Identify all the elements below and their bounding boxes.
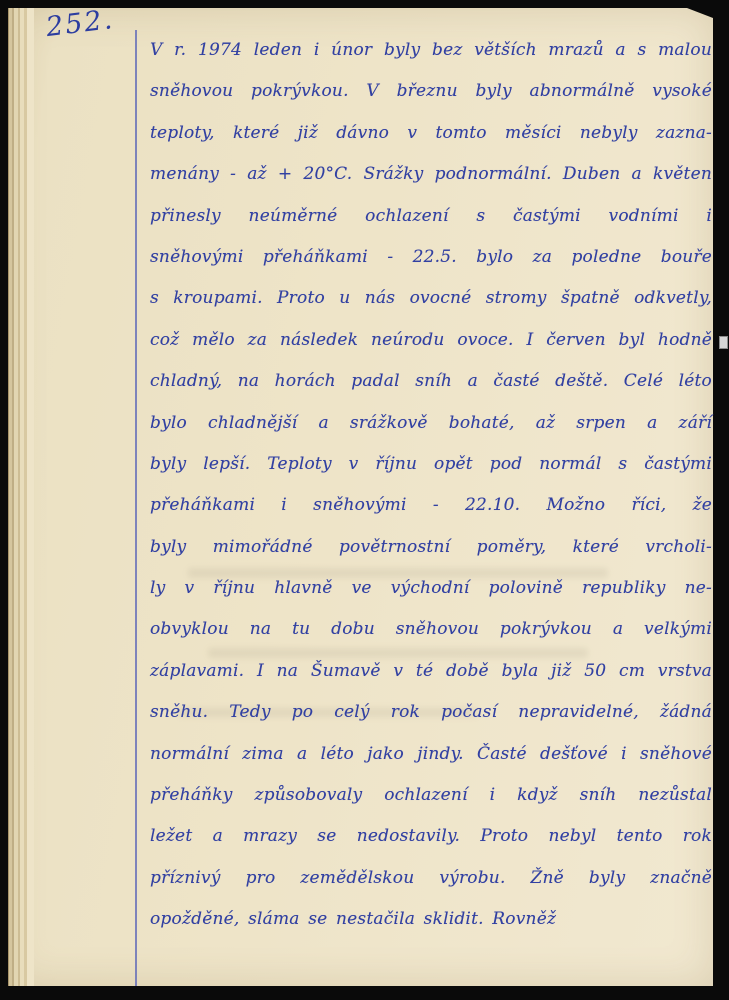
book-page-edges xyxy=(8,8,34,986)
page-number: 252. xyxy=(44,4,115,43)
manuscript-line: příznivý pro zemědělskou výrobu. Žně byl… xyxy=(150,858,712,899)
manuscript-line: opožděné, sláma se nestačila sklidit. Ro… xyxy=(150,899,712,940)
manuscript-line: sněhovými přeháňkami - 22.5. bylo za pol… xyxy=(150,237,712,278)
manuscript-line: přinesly neúměrné ochlazení s častými vo… xyxy=(150,196,712,237)
manuscript-line: což mělo za následek neúrodu ovoce. I če… xyxy=(150,320,712,361)
manuscript-line: teploty, které již dávno v tomto měsíci … xyxy=(150,113,712,154)
scan-border: 252. V r. 1974 leden i únor byly bez vět… xyxy=(0,0,729,1000)
handwritten-text-block: V r. 1974 leden i únor byly bez větších … xyxy=(150,30,712,941)
ruled-margin-line xyxy=(135,30,137,986)
manuscript-line: chladný, na horách padal sníh a časté de… xyxy=(150,361,712,402)
page-corner-shadow xyxy=(687,8,713,18)
scan-edge-artifact xyxy=(719,336,728,349)
manuscript-line: sněhu. Tedy po celý rok počasí nepravide… xyxy=(150,692,712,733)
manuscript-line: přeháňky způsobovaly ochlazení i když sn… xyxy=(150,775,712,816)
manuscript-line: bylo chladnější a srážkově bohaté, až sr… xyxy=(150,403,712,444)
manuscript-line: záplavami. I na Šumavě v té době byla ji… xyxy=(150,651,712,692)
manuscript-line: V r. 1974 leden i únor byly bez větších … xyxy=(150,30,712,71)
manuscript-line: byly lepší. Teploty v říjnu opět pod nor… xyxy=(150,444,712,485)
manuscript-line: obvyklou na tu dobu sněhovou pokrývkou a… xyxy=(150,609,712,650)
manuscript-line: byly mimořádné povětrnostní poměry, kter… xyxy=(150,527,712,568)
manuscript-line: menány - až + 20°C. Srážky podnormální. … xyxy=(150,154,712,195)
manuscript-line: s kroupami. Proto u nás ovocné stromy šp… xyxy=(150,278,712,319)
manuscript-line: normální zima a léto jako jindy. Časté d… xyxy=(150,734,712,775)
manuscript-line: sněhovou pokrývkou. V březnu byly abnorm… xyxy=(150,71,712,112)
manuscript-line: ly v říjnu hlavně ve východní polovině r… xyxy=(150,568,712,609)
manuscript-line: ležet a mrazy se nedostavily. Proto neby… xyxy=(150,816,712,857)
manuscript-line: přeháňkami i sněhovými - 22.10. Možno ří… xyxy=(150,485,712,526)
chronicle-page: 252. V r. 1974 leden i únor byly bez vět… xyxy=(8,8,713,986)
